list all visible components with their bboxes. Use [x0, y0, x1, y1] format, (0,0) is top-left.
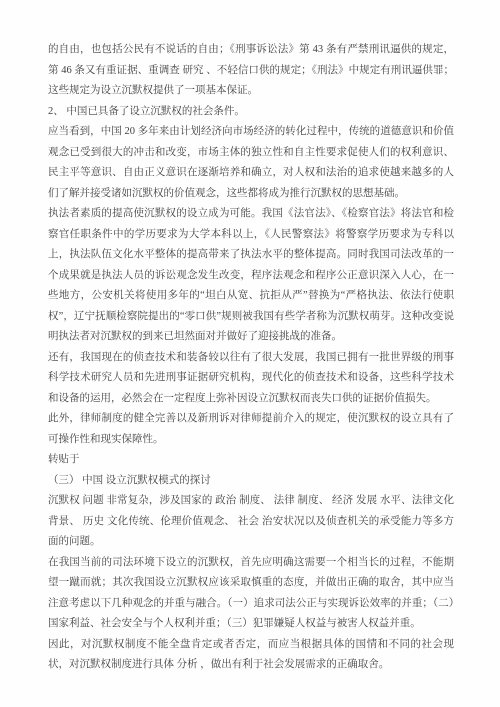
- paragraph-economic-transition: 应当看到，中国 20 多年来由计划经济向市场经济的转化过程中，传统的道德意识和价…: [48, 122, 454, 204]
- paragraph-continuation-legal-basis: 的自由，也包括公民有不说话的自由；《刑事诉讼法》第 43 条有严禁刑讯逼供的规定…: [48, 40, 454, 102]
- paragraph-conclusion: 因此，对沉默权制度不能全盘肯定或者否定，而应当根据具体的国情和不同的社会现状，对…: [48, 635, 454, 676]
- paragraph-repost-note: 转贴于: [48, 450, 454, 471]
- paragraph-investigation-technology: 还有，我国现在的侦查技术和装备较以往有了很大发展，我国已拥有一批世界级的刑事科学…: [48, 348, 454, 410]
- heading-social-conditions: 2、 中国已具备了设立沉默权的社会条件。: [48, 102, 454, 123]
- paragraph-law-enforcement-quality: 执法者素质的提高使沉默权的设立成为可能。我国《法官法》、《检察官法》将法官和检察…: [48, 204, 454, 348]
- paragraph-complexity-factors: 沉默权 问题 非常复杂，涉及国家的 政治 制度、 法律 制度、 经济 发展 水平…: [48, 491, 454, 553]
- heading-model-discussion: （三） 中国 设立沉默权模式的探讨: [48, 471, 454, 492]
- paragraph-lawyer-system: 此外，律师制度的健全完善以及新刑诉对律师提前介入的规定，使沉默权的设立具有了可操…: [48, 409, 454, 450]
- paragraph-balanced-concepts: 在我国当前的司法环境下设立的沉默权，首先应明确这需要一个相当长的过程，不能期望一…: [48, 553, 454, 635]
- document-page: 的自由，也包括公民有不说话的自由；《刑事诉讼法》第 43 条有严禁刑讯逼供的规定…: [0, 0, 500, 707]
- document-body: 的自由，也包括公民有不说话的自由；《刑事诉讼法》第 43 条有严禁刑讯逼供的规定…: [48, 40, 454, 676]
